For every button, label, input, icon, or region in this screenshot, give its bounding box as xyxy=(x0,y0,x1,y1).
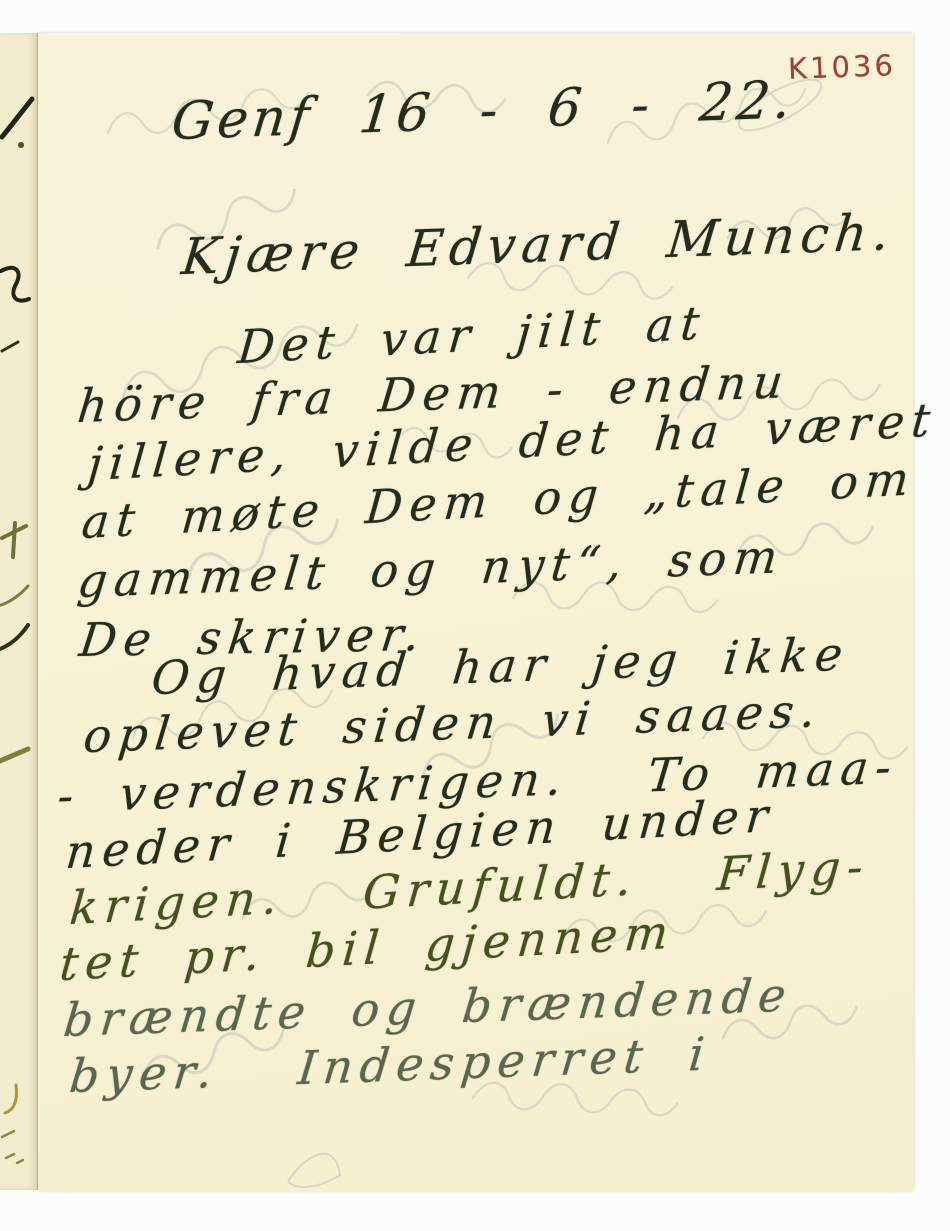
adjacent-page-edge xyxy=(0,33,38,1190)
catalog-number: K1036 xyxy=(787,48,896,86)
scan-background: K1036 Genf 16 - 6 - 22. Kjære Edvard Mun… xyxy=(0,0,950,1231)
